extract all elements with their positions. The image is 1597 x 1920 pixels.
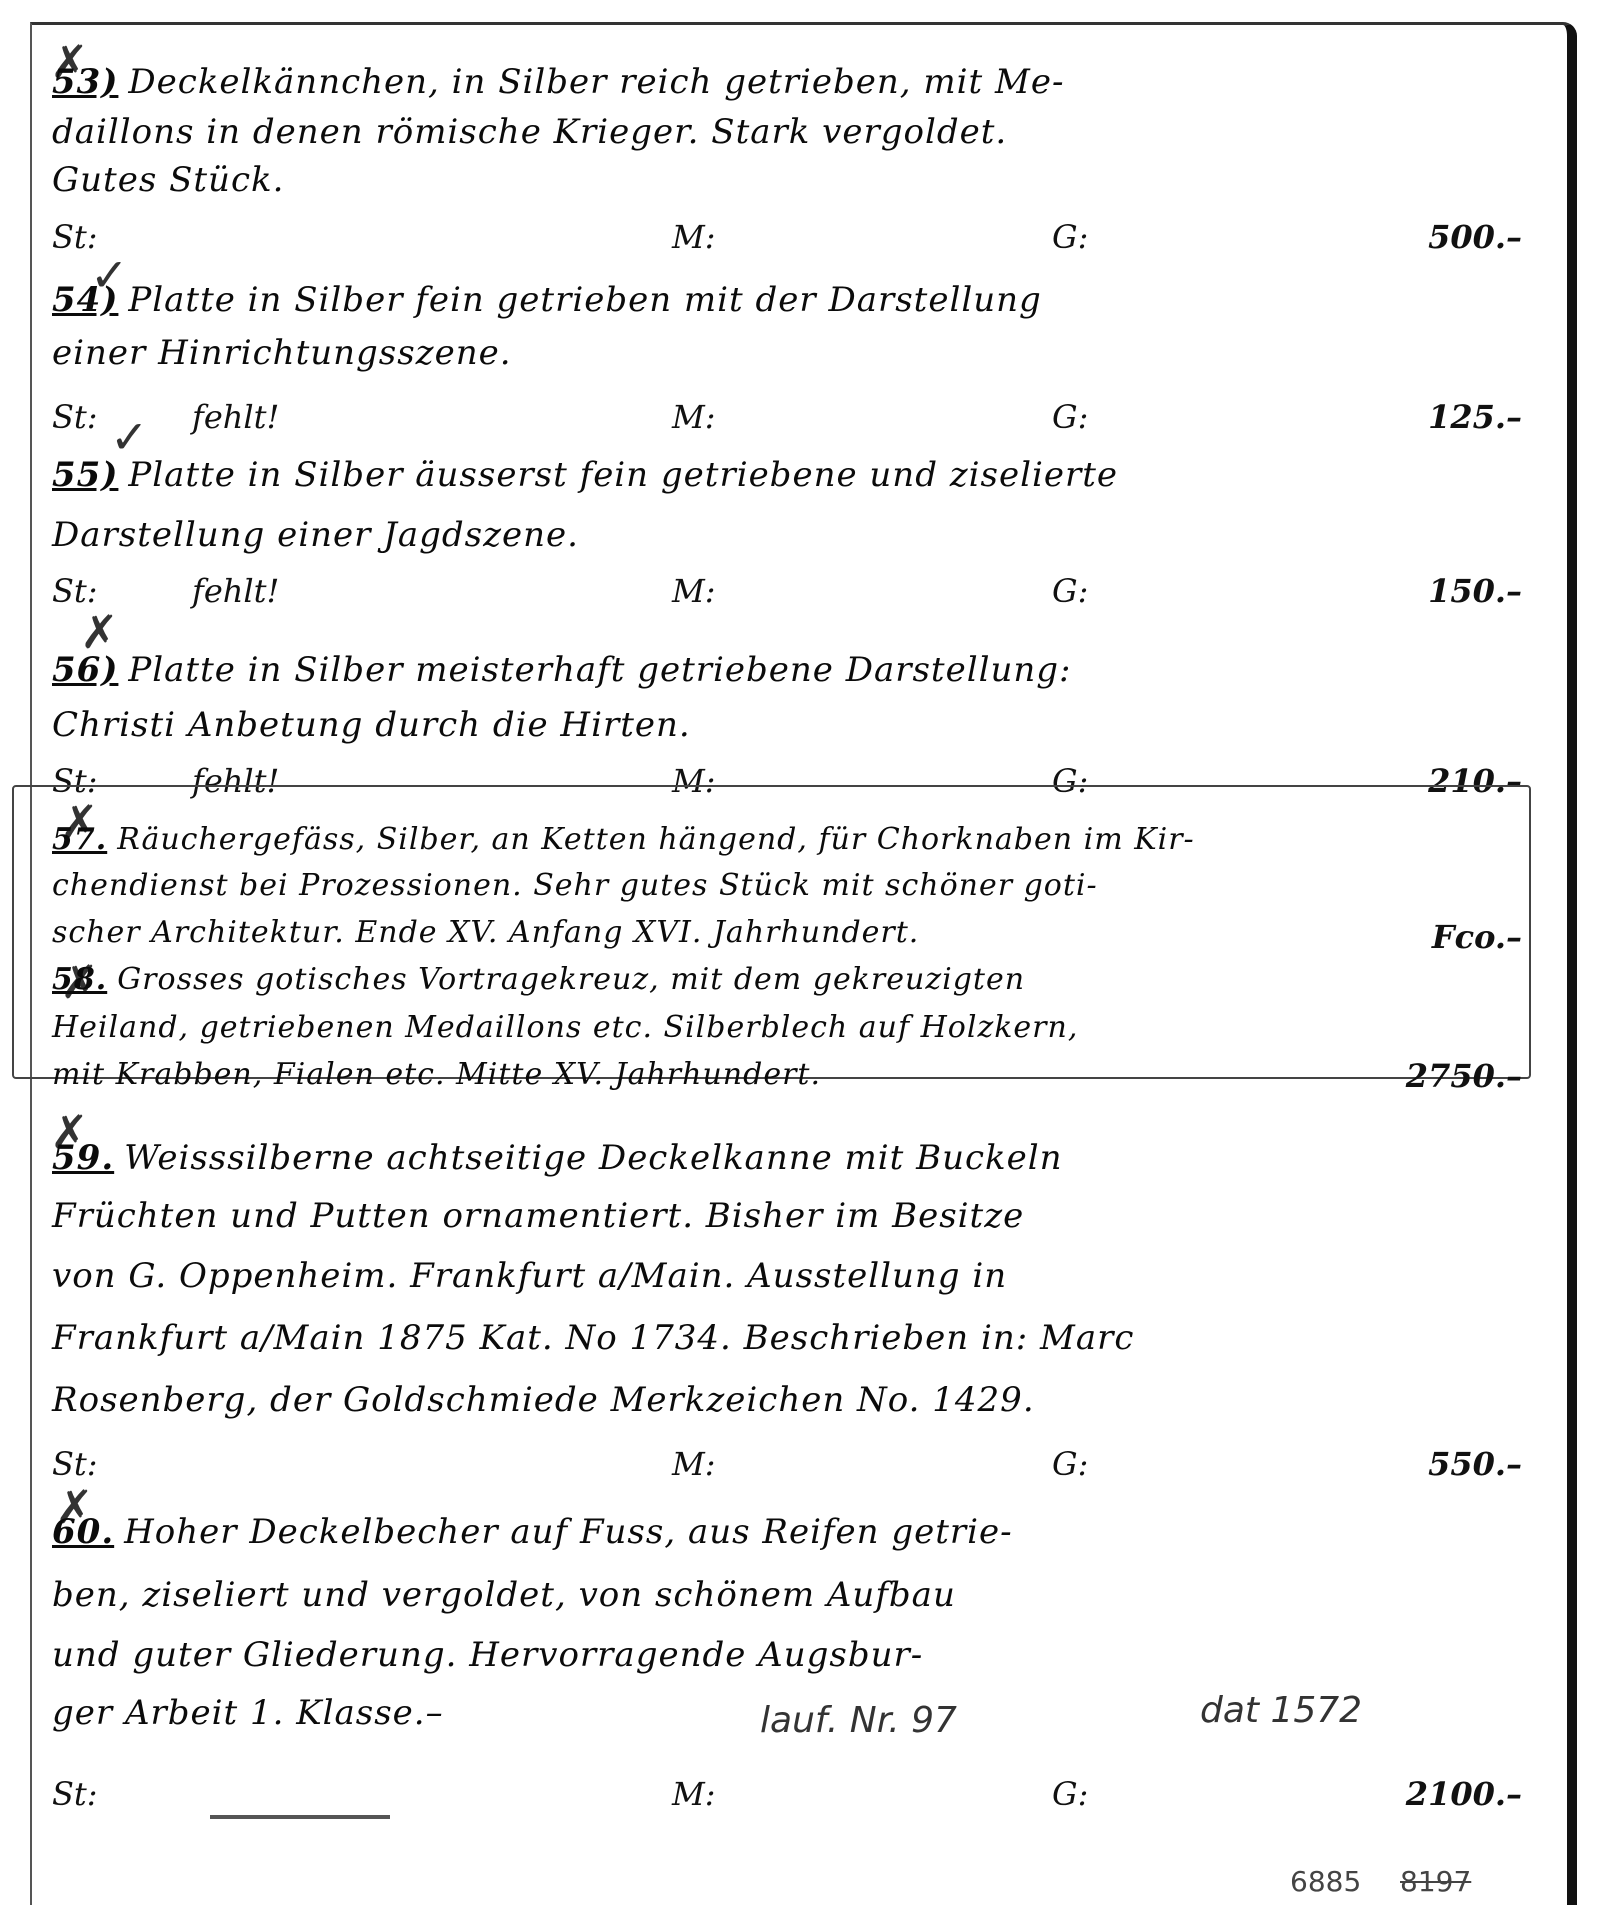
item-57-fields: Fco.– — [52, 918, 1522, 962]
item-59-fields: St: M: G: 550.– — [52, 1445, 1522, 1489]
item-60-line-4: ger Arbeit 1. Klasse.– — [52, 1693, 444, 1733]
item-57-line-2: chendienst bei Prozessionen. Sehr gutes … — [52, 868, 1098, 903]
item-54-line-1: 54)Platte in Silber fein getrieben mit d… — [52, 280, 1042, 320]
item-59-line-5: Rosenberg, der Goldschmiede Merkzeichen … — [52, 1380, 1035, 1420]
item-56-line-1: 56)Platte in Silber meisterhaft getriebe… — [52, 650, 1071, 690]
item-58-line-1: 58.Grosses gotisches Vortragekreuz, mit … — [52, 962, 1025, 997]
item-53-fields: St: M: G: 500.– — [52, 218, 1522, 262]
archive-number-struck: 8197 — [1400, 1865, 1471, 1898]
item-60-line-1: 60.Hoher Deckelbecher auf Fuss, aus Reif… — [52, 1512, 1013, 1552]
item-56-line-2: Christi Anbetung durch die Hirten. — [52, 705, 691, 745]
item-55-line-2: Darstellung einer Jagdszene. — [52, 515, 579, 555]
item-53-line-3: Gutes Stück. — [52, 160, 284, 200]
item-58-fields: 2750.– — [52, 1057, 1522, 1101]
item-60-line-2: ben, ziseliert und vergoldet, von schöne… — [52, 1575, 956, 1615]
item-60-fields: St: M: G: 2100.– — [52, 1775, 1522, 1819]
item-54-line-2: einer Hinrichtungsszene. — [52, 333, 512, 373]
item-55-fields: St: fehlt! M: G: 150.– — [52, 572, 1522, 616]
archive-number: 6885 — [1290, 1865, 1361, 1898]
item-59-line-4: Frankfurt a/Main 1875 Kat. No 1734. Besc… — [52, 1318, 1134, 1358]
item-57-line-1: 57.Räuchergefäss, Silber, an Ketten häng… — [52, 822, 1195, 857]
item-55-line-1: 55)Platte in Silber äusserst fein getrie… — [52, 455, 1118, 495]
item-58-line-2: Heiland, getriebenen Medaillons etc. Sil… — [52, 1010, 1078, 1045]
item-59-line-1: 59.Weisssilberne achtseitige Deckelkanne… — [52, 1138, 1063, 1178]
item-53-line-2: daillons in denen römische Krieger. Star… — [52, 112, 1007, 152]
item-59-line-3: von G. Oppenheim. Frankfurt a/Main. Auss… — [52, 1256, 1007, 1296]
item-53-line-1: 53)Deckelkännchen, in Silber reich getri… — [52, 62, 1064, 102]
pencil-note-running-number: lauf. Nr. 97 — [760, 1700, 957, 1741]
item-60-line-3: und guter Gliederung. Hervorragende Augs… — [52, 1635, 923, 1675]
pencil-note-date: dat 1572 — [1200, 1690, 1362, 1731]
item-number: 53) — [52, 62, 118, 102]
strike-line — [210, 1815, 390, 1819]
item-54-fields: St: fehlt! M: G: 125.– — [52, 398, 1522, 442]
item-59-line-2: Früchten und Putten ornamentiert. Bisher… — [52, 1196, 1024, 1236]
price: 500.– — [1428, 218, 1522, 256]
